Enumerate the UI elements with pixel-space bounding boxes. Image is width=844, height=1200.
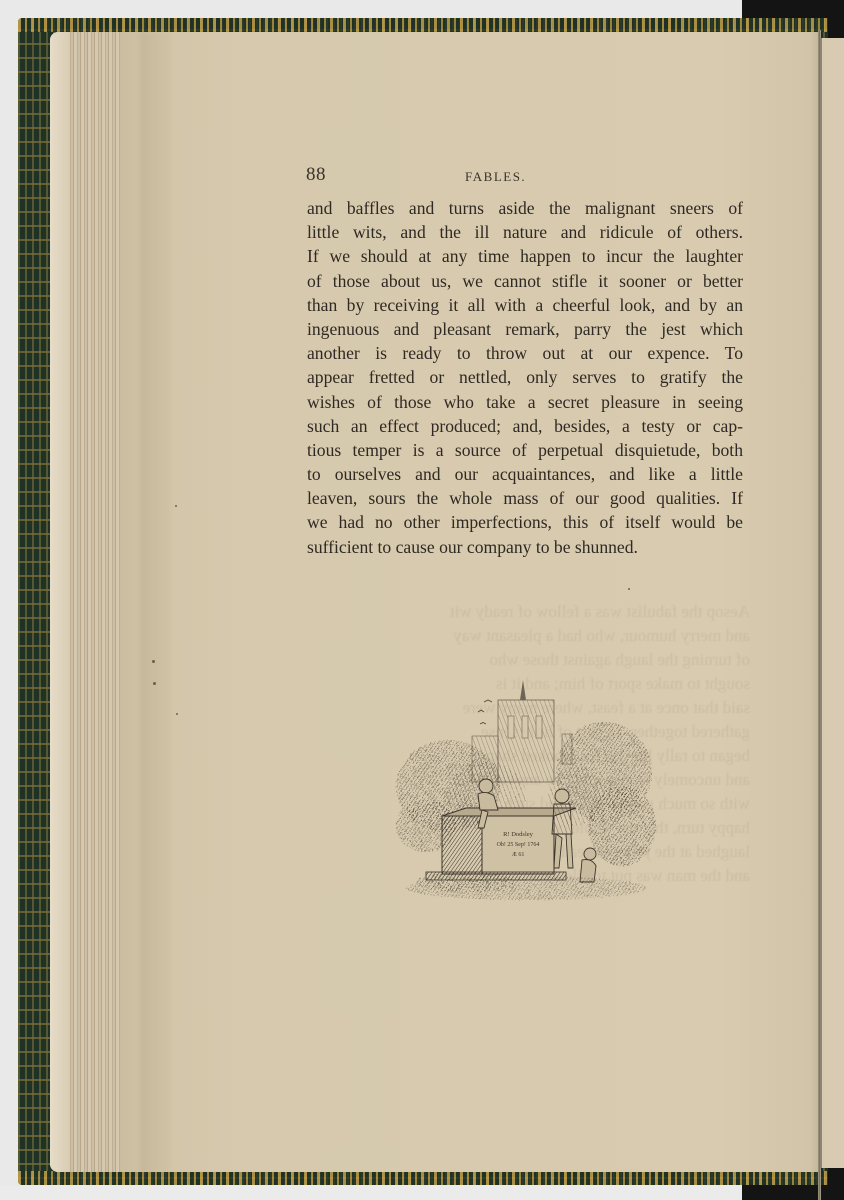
- engraving-illustration: R! Dodsley Ob! 25 Sep! 1764 Æ 61: [386, 676, 656, 902]
- text-line: appear fretted or nettled, only serves t…: [307, 365, 743, 389]
- text-line: wishes of those who take a secret pleasu…: [307, 390, 743, 414]
- facing-page-edge: [820, 38, 844, 1168]
- foxing-mark: [176, 713, 178, 715]
- page-stain: [140, 32, 170, 1172]
- text-line: leaven, sours the whole mass of our good…: [307, 486, 743, 510]
- page-header: 88 FABLES.: [306, 164, 742, 188]
- text-line: we had no other imperfections, this of i…: [307, 510, 743, 534]
- inscription-line: Æ 61: [512, 852, 525, 858]
- foxing-mark: [175, 505, 177, 507]
- child-crouching: [580, 848, 596, 882]
- inscription-line: R! Dodsley: [503, 831, 534, 838]
- text-line: little wits, and the ill nature and ridi…: [307, 220, 743, 244]
- foxing-mark: [152, 660, 155, 663]
- inscription-line: Ob! 25 Sep! 1764: [497, 842, 540, 848]
- show-through-line: of turning the laugh against those who: [330, 648, 750, 672]
- show-through-line: and merry humour, who had a pleasant way: [330, 624, 750, 648]
- text-line: of those about us, we cannot stifle it s…: [307, 269, 743, 293]
- gilt-border-bottom: [18, 1171, 828, 1185]
- text-line: sufficient to cause our company to be sh…: [307, 535, 743, 559]
- text-line: than by receiving it all with a cheerful…: [307, 293, 743, 317]
- text-line: another is ready to throw out at our exp…: [307, 341, 743, 365]
- text-line: ingenuous and pleasant remark, parry the…: [307, 317, 743, 341]
- ground: [406, 872, 646, 900]
- gilt-border-top: [18, 18, 828, 32]
- text-line: tious temper is a source of perpetual di…: [307, 438, 743, 462]
- page-number: 88: [306, 164, 326, 186]
- text-line: and baffles and turns aside the malignan…: [307, 196, 743, 220]
- engraving-vignette: R! Dodsley Ob! 25 Sep! 1764 Æ 61: [386, 676, 656, 902]
- text-line: If we should at any time happen to incur…: [307, 244, 743, 268]
- text-line: such an effect produced; and, besides, a…: [307, 414, 743, 438]
- text-line: to ourselves and our acquaintances, and …: [307, 462, 743, 486]
- backdrop-bottom: [0, 1185, 742, 1200]
- foxing-mark: [628, 588, 630, 590]
- foxing-mark: [153, 682, 156, 685]
- running-head: FABLES.: [465, 169, 526, 185]
- body-text: and baffles and turns aside the malignan…: [307, 196, 743, 559]
- show-through-line: Aesop the fabulist was a fellow of ready…: [330, 600, 750, 624]
